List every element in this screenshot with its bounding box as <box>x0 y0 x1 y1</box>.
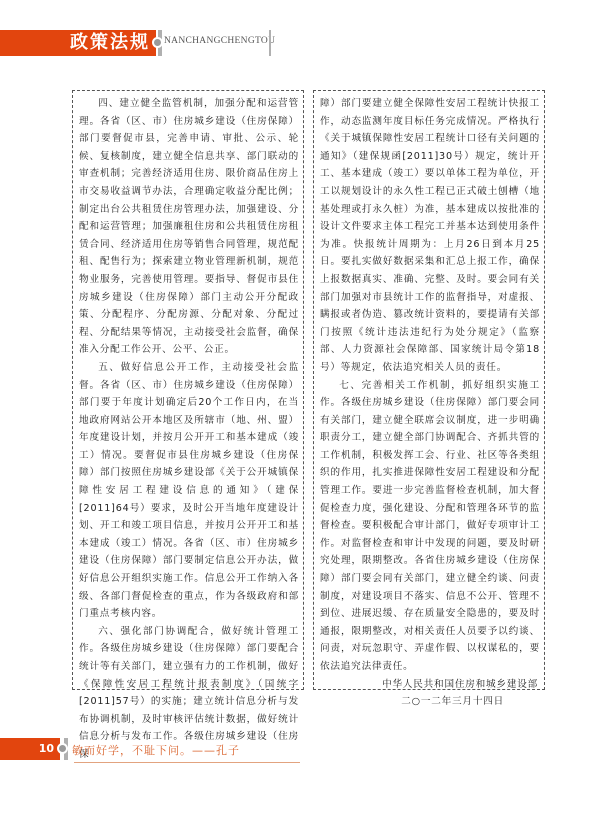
section-title: 政策法规 <box>70 32 150 54</box>
footer-bar: 10 <box>0 738 60 760</box>
paragraph-six-continued: 障）部门要建立健全保障性安居工程统计快报工作，动态监测年度目标任务完成情况。严格… <box>320 95 540 377</box>
footer-dot-icon <box>57 743 68 754</box>
header-dot-icon <box>152 37 163 48</box>
signature-date: 二○一二年三月十四日 <box>320 693 540 711</box>
paragraph-four: 四、建立健全监管机制，加强分配和运营管理。各省（区、市）住房城乡建设（住房保障）… <box>79 95 299 359</box>
left-text-column: 四、建立健全监管机制，加强分配和运营管理。各省（区、市）住房城乡建设（住房保障）… <box>72 90 304 690</box>
page-number: 10 <box>39 741 54 757</box>
footer-underline <box>74 762 300 763</box>
signature-organization: 中华人民共和国住房和城乡建设部 <box>320 676 540 694</box>
header-end-line <box>269 30 271 56</box>
publication-name: NANCHANGCHENGTOU <box>164 36 275 46</box>
section-header-bar: 政策法规 <box>0 30 156 56</box>
right-text-column: 障）部门要建立健全保障性安居工程统计快报工作，动态监测年度目标任务完成情况。严格… <box>313 90 545 690</box>
paragraph-five: 五、做好信息公开工作，主动接受社会监督。各省（区、市）住房城乡建设（住房保障）部… <box>79 359 299 623</box>
footer-quote: 敏而好学，不耻下问。——孔子 <box>72 742 240 758</box>
paragraph-seven: 七、完善相关工作机制，抓好组织实施工作。各级住房城乡建设（住房保障）部门要会同有… <box>320 377 540 676</box>
